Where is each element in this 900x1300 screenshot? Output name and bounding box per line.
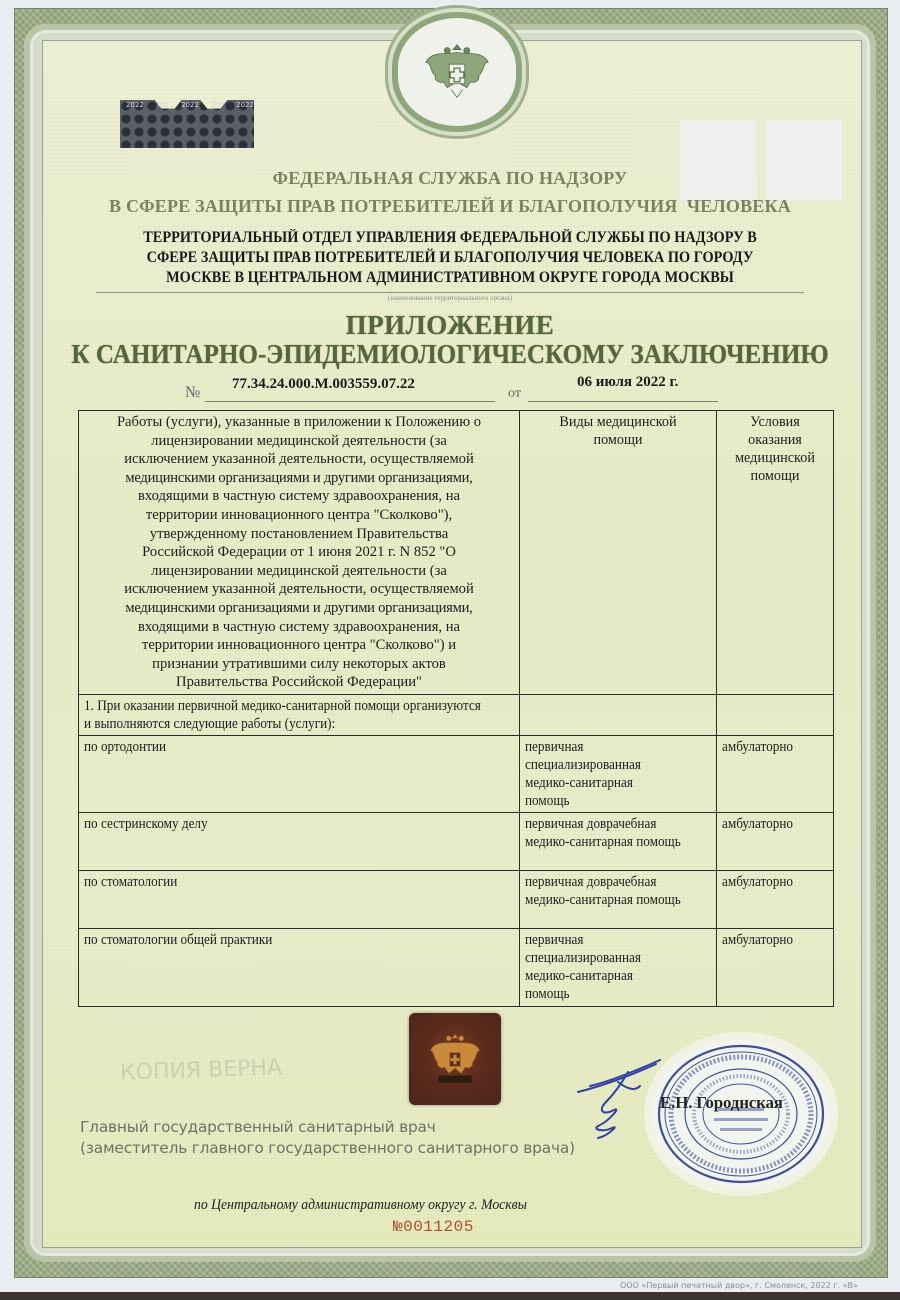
department-caption: (наименование территориального органа)	[0, 294, 900, 302]
work-text: по стоматологии	[84, 873, 177, 891]
condition-text: амбулаторно	[722, 931, 793, 949]
empty-cell	[520, 694, 717, 735]
header-works-line: медицинскими организациями и другими орг…	[82, 599, 516, 618]
document-subtitle: К САНИТАРНО-ЭПИДЕМИОЛОГИЧЕСКОМУ ЗАКЛЮЧЕН…	[32, 339, 869, 370]
section-title-text: 1. При оказании первичной медико-санитар…	[84, 697, 484, 733]
header-works-line: медицинскими организациями и другими орг…	[82, 469, 516, 488]
department-line: МОСКВЕ В ЦЕНТРАЛЬНОМ АДМИНИСТРАТИВНОМ ОК…	[119, 268, 781, 288]
department-line: ТЕРРИТОРИАЛЬНЫЙ ОТДЕЛ УПРАВЛЕНИЯ ФЕДЕРАЛ…	[119, 228, 781, 248]
agency-name-line1: ФЕДЕРАЛЬНАЯ СЛУЖБА ПО НАДЗОРУ	[0, 168, 900, 189]
care-type-text: первичная доврачебная медико-санитарная …	[525, 873, 698, 909]
hologram-label: 2022	[126, 101, 144, 111]
care-type-text: первичная специализированная медико-сани…	[525, 738, 665, 810]
hologram-label: 2022	[236, 101, 254, 111]
condition-cell: амбулаторно	[717, 928, 834, 1006]
number-underline	[205, 401, 495, 402]
header-works-line: территории инновационного центра "Сколко…	[82, 506, 516, 525]
document-number: 77.34.24.000.М.003559.07.22	[232, 376, 415, 393]
header-works-line: лицензировании медицинской деятельности …	[82, 562, 516, 581]
rospotrebnadzor-emblem-icon	[392, 12, 522, 132]
header-works-line: лицензировании медицинской деятельности …	[82, 432, 516, 451]
condition-cell: амбулаторно	[717, 812, 834, 870]
agency-name-line2: В СФЕРЕ ЗАЩИТЫ ПРАВ ПОТРЕБИТЕЛЕЙ И БЛАГО…	[0, 196, 900, 217]
hologram-labels: 2022 РФ 2022 РФ 2022	[126, 101, 254, 111]
header-works: Работы (услуги), указанные в приложении …	[79, 411, 520, 695]
table-row: по сестринскому делу первичная доврачебн…	[79, 812, 834, 870]
signer-title: Главный государственный санитарный врач	[80, 1118, 436, 1136]
hologram-emblem-icon	[409, 1013, 501, 1105]
work-cell: по сестринскому делу	[79, 812, 520, 870]
work-cell: по стоматологии общей практики	[79, 928, 520, 1006]
header-works-line: утвержденному постановлением Правительст…	[82, 525, 516, 544]
hologram-label: РФ	[157, 101, 167, 111]
table-row: по ортодонтии первичная специализированн…	[79, 735, 834, 812]
official-seal	[652, 1040, 830, 1188]
header-works-line: признании утратившими силу некоторых акт…	[82, 655, 516, 674]
date-underline	[528, 401, 718, 402]
department-name: ТЕРРИТОРИАЛЬНЫЙ ОТДЕЛ УПРАВЛЕНИЯ ФЕДЕРАЛ…	[119, 228, 781, 288]
header-works-line: входящими в частную систему здравоохране…	[82, 618, 516, 637]
care-type-cell: первичная специализированная медико-сани…	[520, 928, 717, 1006]
table-row: по стоматологии первичная доврачебная ме…	[79, 870, 834, 928]
table-section-row: 1. При оказании первичной медико-санитар…	[79, 694, 834, 735]
table-row: по стоматологии общей практики первичная…	[79, 928, 834, 1006]
header-care-conditions: Условия оказания медицинской помощи	[717, 411, 834, 695]
number-label: №	[185, 384, 200, 402]
work-text: по ортодонтии	[84, 738, 166, 756]
printer-imprint: ООО «Первый печатный двор», г. Смоленск,…	[620, 1281, 858, 1290]
care-type-text: первичная специализированная медико-сани…	[525, 931, 665, 1003]
document-title: ПРИЛОЖЕНИЕ	[0, 310, 900, 341]
condition-text: амбулаторно	[722, 815, 793, 833]
hologram-label: РФ	[212, 101, 222, 111]
work-cell: по ортодонтии	[79, 735, 520, 812]
care-type-cell: первичная доврачебная медико-санитарная …	[520, 870, 717, 928]
document-date: 06 июля 2022 г.	[577, 374, 678, 391]
date-label: от	[508, 386, 521, 402]
header-care-type: Виды медицинской помощи	[520, 411, 717, 695]
department-underline	[96, 292, 804, 293]
header-works-line: входящими в частную систему здравоохране…	[82, 487, 516, 506]
hologram-label: 2022	[181, 101, 199, 111]
services-table: Работы (услуги), указанные в приложении …	[78, 410, 834, 1007]
header-works-line: Работы (услуги), указанные в приложении …	[82, 413, 516, 432]
condition-cell: амбулаторно	[717, 870, 834, 928]
section-title: 1. При оказании первичной медико-санитар…	[79, 694, 520, 735]
form-serial-number: №0011205	[393, 1218, 474, 1236]
care-type-text: первичная доврачебная медико-санитарная …	[525, 815, 698, 851]
table-header-row: Работы (услуги), указанные в приложении …	[79, 411, 834, 695]
header-works-line: территории инновационного центра "Сколко…	[82, 636, 516, 655]
work-text: по стоматологии общей практики	[84, 931, 272, 949]
header-works-line: Российской Федерации от 1 июня 2021 г. N…	[82, 543, 516, 562]
document-number-row: № 77.34.24.000.М.003559.07.22 от 06 июля…	[0, 374, 900, 404]
signer-name: Е.Н. Городнская	[660, 1093, 783, 1113]
department-line: СФЕРЕ ЗАЩИТЫ ПРАВ ПОТРЕБИТЕЛЕЙ И БЛАГОПО…	[119, 248, 781, 268]
work-cell: по стоматологии	[79, 870, 520, 928]
condition-text: амбулаторно	[722, 738, 793, 756]
district-text: по Центральному административному округу…	[194, 1197, 527, 1214]
care-type-cell: первичная доврачебная медико-санитарная …	[520, 812, 717, 870]
signer-title-deputy: (заместитель главного государственного с…	[80, 1139, 575, 1157]
condition-cell: амбулаторно	[717, 735, 834, 812]
header-works-line: исключением указанной деятельности, осущ…	[82, 580, 516, 599]
work-text: по сестринскому делу	[84, 815, 208, 833]
header-works-line: Правительства Российской Федерации"	[82, 673, 516, 692]
care-type-cell: первичная специализированная медико-сани…	[520, 735, 717, 812]
header-works-line: исключением указанной деятельности, осущ…	[82, 450, 516, 469]
document-sheet: 2022 РФ 2022 РФ 2022 ФЕДЕРАЛЬНАЯ СЛУЖБА …	[0, 0, 900, 1292]
condition-text: амбулаторно	[722, 873, 793, 891]
empty-cell	[717, 694, 834, 735]
